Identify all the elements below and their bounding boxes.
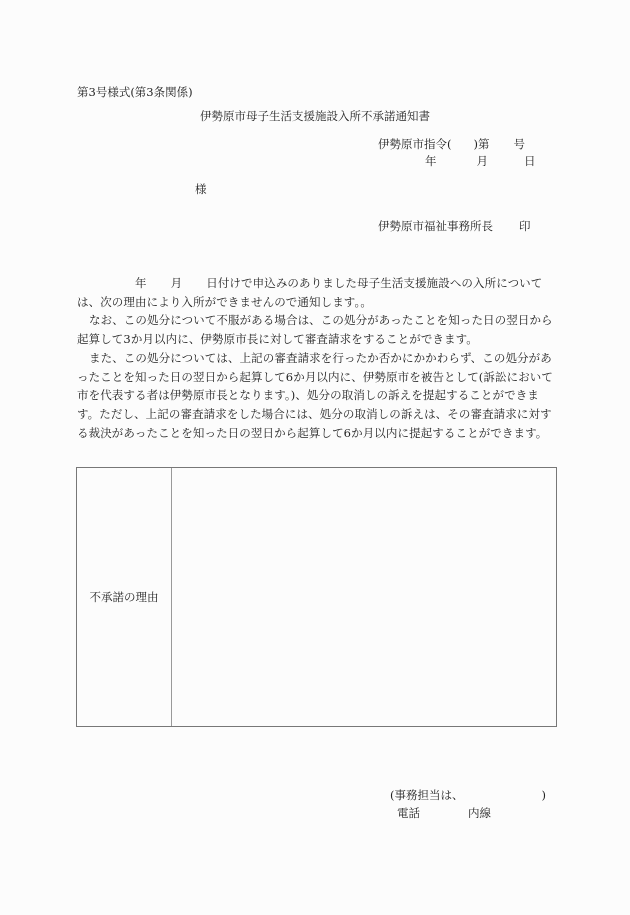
reason-value-cell: [172, 468, 556, 726]
reference-prefix: 伊勢原市指令(: [378, 136, 452, 152]
issue-date: 年月日: [425, 153, 536, 169]
phone-label: 電話: [397, 806, 420, 820]
issuer-name: 伊勢原市福祉事務所長: [378, 219, 493, 233]
extension-label: 内線: [468, 806, 491, 820]
date-day: 日: [524, 153, 536, 169]
form-number: 第3号様式(第3条関係): [77, 84, 193, 100]
date-year: 年: [425, 153, 437, 169]
reason-label: 不承諾の理由: [90, 589, 159, 605]
issuer: 伊勢原市福祉事務所長印: [378, 218, 531, 234]
reference-middle: )第: [474, 136, 490, 152]
reference-suffix: 号: [514, 136, 526, 152]
reference-number: 伊勢原市指令()第号: [378, 136, 525, 152]
seal-mark: 印: [519, 219, 531, 233]
document-title: 伊勢原市母子生活支援施設入所不承諾通知書: [200, 108, 430, 124]
reason-table: 不承諾の理由: [76, 467, 557, 727]
addressee: 様: [195, 181, 207, 197]
date-month: 月: [477, 153, 489, 169]
notice-body: 年月日付けで申込みのありました母子生活支援施設への入所については、次の理由により…: [77, 274, 559, 442]
paragraph-3: また、この処分については、上記の審査請求を行ったか否かにかかわらず、この処分があ…: [77, 349, 559, 443]
reason-label-cell: 不承諾の理由: [77, 468, 172, 726]
paragraph-2: なお、この処分について不服がある場合は、この処分があったことを知った日の翌日から…: [77, 311, 559, 348]
contact-person: (事務担当は、): [390, 787, 546, 803]
phone-line: 電話内線: [397, 805, 491, 821]
paragraph-1: 年月日付けで申込みのありました母子生活支援施設への入所については、次の理由により…: [77, 274, 559, 311]
